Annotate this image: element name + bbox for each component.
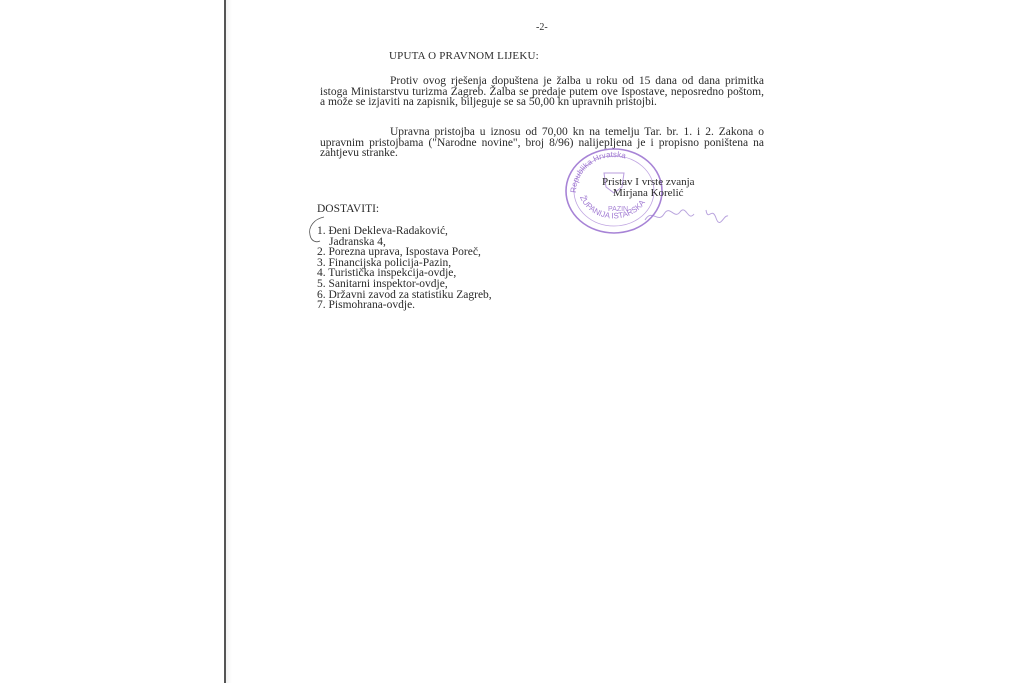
stamp-text-mid: PAZIN (608, 206, 628, 213)
distribution-heading: DOSTAVITI: (317, 204, 379, 215)
list-item: 7. Pismohrana-ovdje. (317, 300, 492, 311)
paragraph-fee-text: Upravna pristojba u iznosu od 70,00 kn n… (320, 126, 764, 159)
signature-name: Mirjana Korelić (602, 188, 695, 199)
paragraph-fee: Upravna pristojba u iznosu od 70,00 kn n… (320, 127, 764, 159)
handwritten-signature (640, 200, 730, 230)
list-item: 1. Đeni Dekleva-Radaković, (317, 226, 492, 237)
paragraph-appeal: Protiv ovog rješenja dopuštena je žalba … (320, 76, 764, 108)
page-number: -2- (536, 22, 548, 33)
paragraph-appeal-text: Protiv ovog rješenja dopuštena je žalba … (320, 75, 764, 108)
signature-block: Pristav I vrste zvanja Mirjana Korelić (602, 177, 695, 198)
page-shadow (226, 0, 232, 683)
signature-title: Pristav I vrste zvanja (602, 177, 695, 188)
section-heading: UPUTA O PRAVNOM LIJEKU: (389, 51, 539, 62)
list-item: 5. Sanitarni inspektor-ovdje, (317, 279, 492, 290)
distribution-list: 1. Đeni Dekleva-Radaković, Jadranska 4, … (317, 226, 492, 311)
